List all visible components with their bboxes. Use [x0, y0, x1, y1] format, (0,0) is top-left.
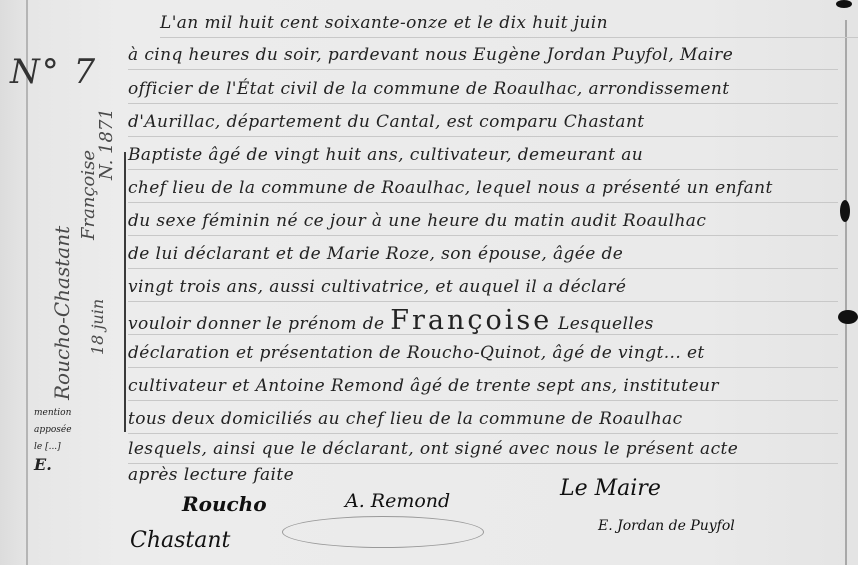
body-line: lesquels, ainsi que le déclarant, ont si… — [128, 436, 838, 464]
body-line: d'Aurillac, département du Cantal, est c… — [128, 109, 838, 137]
signature-declarant: Chastant — [130, 528, 230, 553]
body-line: à cinq heures du soir, pardevant nous Eu… — [128, 42, 838, 70]
mention-line: apposée — [34, 422, 124, 439]
margin-mention: mention apposée le [...] E. — [34, 405, 124, 473]
signature-witness-2: A. Remond — [345, 490, 450, 512]
body-line: officier de l'État civil de la commune d… — [128, 76, 838, 104]
mention-line: le [...] — [34, 439, 124, 456]
given-name-intro: vouloir donner le prénom de — [128, 314, 384, 334]
body-line: chef lieu de la commune de Roaulhac, leq… — [128, 175, 838, 203]
body-line: vingt trois ans, aussi cultivatrice, et … — [128, 274, 838, 302]
body-line: tous deux domiciliés au chef lieu de la … — [128, 406, 838, 434]
page-edge-line — [845, 20, 847, 565]
body-line: après lecture faite — [128, 462, 838, 489]
margin-bracket-line — [124, 152, 126, 432]
body-line: déclaration et présentation de Roucho-Qu… — [128, 340, 838, 368]
margin-note-date: 18 juin — [88, 299, 107, 355]
ink-blot — [838, 310, 858, 324]
ink-blot — [840, 200, 850, 222]
signature-mayor-title: Le Maire — [560, 476, 661, 501]
body-line-given-name: vouloir donner le prénom de Françoise Le… — [128, 307, 838, 335]
ink-blot — [836, 0, 852, 8]
body-line: L'an mil huit cent soixante-onze et le d… — [160, 10, 858, 38]
mention-line: E. — [34, 456, 124, 473]
body-line: de lui déclarant et de Marie Roze, son é… — [128, 241, 838, 269]
margin-note-birth: N. 1871 — [96, 108, 117, 180]
mention-line: mention — [34, 405, 124, 422]
given-name: Françoise — [390, 305, 552, 336]
acte-number: N° 7 — [10, 52, 97, 92]
margin-note-surname: Roucho-Chastant — [50, 226, 74, 400]
signature-flourish — [282, 516, 484, 548]
body-line: du sexe féminin né ce jour à une heure d… — [128, 208, 838, 236]
body-line: cultivateur et Antoine Remond âgé de tre… — [128, 373, 838, 401]
body-line: Baptiste âgé de vingt huit ans, cultivat… — [128, 142, 838, 170]
given-name-suffix: Lesquelles — [558, 314, 654, 334]
signature-witness-1: Roucho — [182, 492, 267, 516]
signature-mayor-name: E. Jordan de Puyfol — [598, 518, 735, 534]
register-page: N° 7 Roucho-Chastant Françoise 18 juin N… — [0, 0, 858, 565]
